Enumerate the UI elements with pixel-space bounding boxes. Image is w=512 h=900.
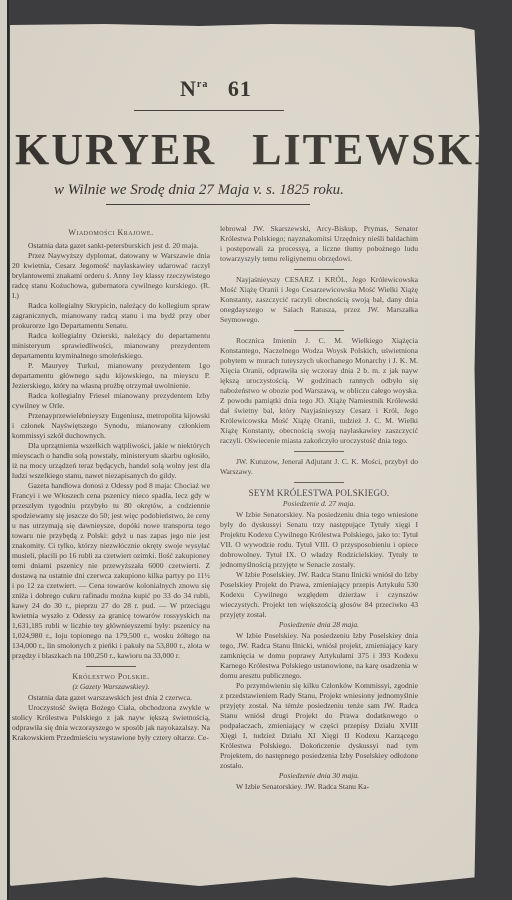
section-divider xyxy=(294,482,344,483)
section-head-kingdom-of-poland: Królestwo Polskie. xyxy=(12,672,210,682)
left-column: Wiadomości Krajowe. Ostatnia data gazet … xyxy=(12,224,210,743)
article-paragraph: lebrował JW. Skarszewski, Arcy-Biskup, P… xyxy=(220,224,418,264)
article-paragraph: Ostatnia data gazet sankt-petersburskich… xyxy=(12,241,210,251)
binding-line xyxy=(7,0,9,900)
issue-number-prefix: N xyxy=(180,76,197,101)
article-paragraph: Radca kollegialny Friesel mianowany prez… xyxy=(12,391,210,411)
issue-number-sup: ra xyxy=(197,79,208,90)
masthead-rule-top xyxy=(134,110,284,111)
section-divider xyxy=(294,451,344,452)
seym-heading: SEYM KRÓLESTWA POLSKIEGO. xyxy=(220,488,418,498)
masthead-rule-bottom xyxy=(106,204,310,205)
title-part-1: KURYER xyxy=(15,125,216,174)
title-part-2: LITEWSKI xyxy=(252,125,493,174)
article-paragraph: Przez Naywyższy dyplomat, datowany w War… xyxy=(12,251,210,301)
section-divider xyxy=(86,666,136,667)
right-column: lebrował JW. Skarszewski, Arcy-Biskup, P… xyxy=(220,224,418,792)
section-divider xyxy=(294,330,344,331)
article-paragraph: JW. Kutuzow, Jenerał Adjutant J. C. K. M… xyxy=(220,457,418,477)
section-source: (z Gazety Warszawskiey). xyxy=(12,682,210,692)
dateline: w Wilnie we Srodę dnia 27 Maja v. s. 182… xyxy=(54,182,344,199)
article-paragraph: Ostatnia data gazet warszawskich jest dn… xyxy=(12,693,210,703)
newspaper-title: KURYERLITEWSKI xyxy=(15,124,493,175)
session-heading: Posiedzenie d. 27 maja. xyxy=(220,499,418,509)
article-paragraph: W Izbie Poselskiey. JW. Radca Stanu Ilni… xyxy=(220,570,418,620)
article-paragraph: Uroczystość święta Bożego Ciała, obchodz… xyxy=(12,703,210,743)
article-paragraph: Radca kollegialny Ozierski, należący do … xyxy=(12,331,210,361)
article-paragraph: Radca kollegialny Skrypicin, należący do… xyxy=(12,301,210,331)
article-paragraph: Dla uprzątnienia wszelkich wątpliwości, … xyxy=(12,441,210,481)
article-paragraph: Gazeta handlowa donosi z Odessy pod 8 ma… xyxy=(12,481,210,661)
article-paragraph: W Izbie Senatorskiey. JW. Radca Stanu Ka… xyxy=(220,782,418,792)
session-heading: Posiedzenie dnia 30 maja. xyxy=(220,771,418,781)
article-paragraph: Rocznica Imienin J. C. M. Wielkiego Xiąż… xyxy=(220,336,418,446)
section-divider xyxy=(294,269,344,270)
adjacent-page-edge xyxy=(0,0,7,900)
issue-number-value: 61 xyxy=(228,76,252,101)
article-paragraph: Przenayprzewielebnieyszy Eugeniusz, metr… xyxy=(12,411,210,441)
article-paragraph: Nayjaśnieyszy CESARZ i KRÓL, Jego Królew… xyxy=(220,275,418,325)
article-paragraph: Po przymówieniu się kilku Członków Kommi… xyxy=(220,681,418,771)
article-paragraph: W Izbie Senatorskiey. Na posiedzeniu dni… xyxy=(220,510,418,570)
issue-number: Nra 61 xyxy=(180,76,252,102)
section-head-domestic-news: Wiadomości Krajowe. xyxy=(12,228,210,238)
session-heading: Posiedzenie dnia 28 maja. xyxy=(220,620,418,630)
article-paragraph: W Izbie Poselskiey. Na posiedzeniu Izby … xyxy=(220,631,418,681)
article-paragraph: P. Mauryey Turkul, mianowany prezydentem… xyxy=(12,361,210,391)
newspaper-page: Nra 61 KURYERLITEWSKI w Wilnie we Srodę … xyxy=(10,24,484,886)
